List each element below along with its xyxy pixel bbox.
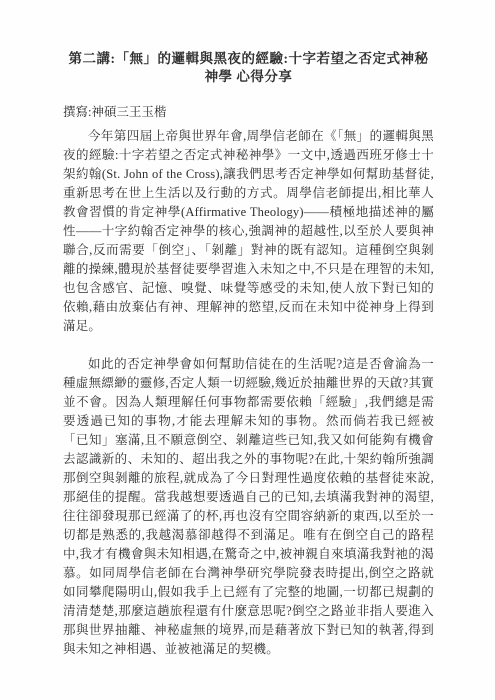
- paragraph: 今年第四屆上帝與世界年會,周學信老師在《「無」的邏輯與黑夜的經驗:十字若望之否定…: [63, 127, 434, 336]
- document-page: 第二講:「無」的邏輯與黑夜的經驗:十字若望之否定式神秘神學 心得分享 撰寫:神碩…: [0, 0, 495, 700]
- document-body: 今年第四屆上帝與世界年會,周學信老師在《「無」的邏輯與黑夜的經驗:十字若望之否定…: [63, 127, 434, 659]
- byline: 撰寫:神碩三王玉楷: [63, 103, 434, 121]
- document-title: 第二講:「無」的邏輯與黑夜的經驗:十字若望之否定式神秘神學 心得分享: [63, 50, 434, 86]
- paragraph: 如此的否定神學會如何幫助信徒在的生活呢?這是否會淪為一種虛無縹緲的靈修,否定人類…: [63, 355, 434, 659]
